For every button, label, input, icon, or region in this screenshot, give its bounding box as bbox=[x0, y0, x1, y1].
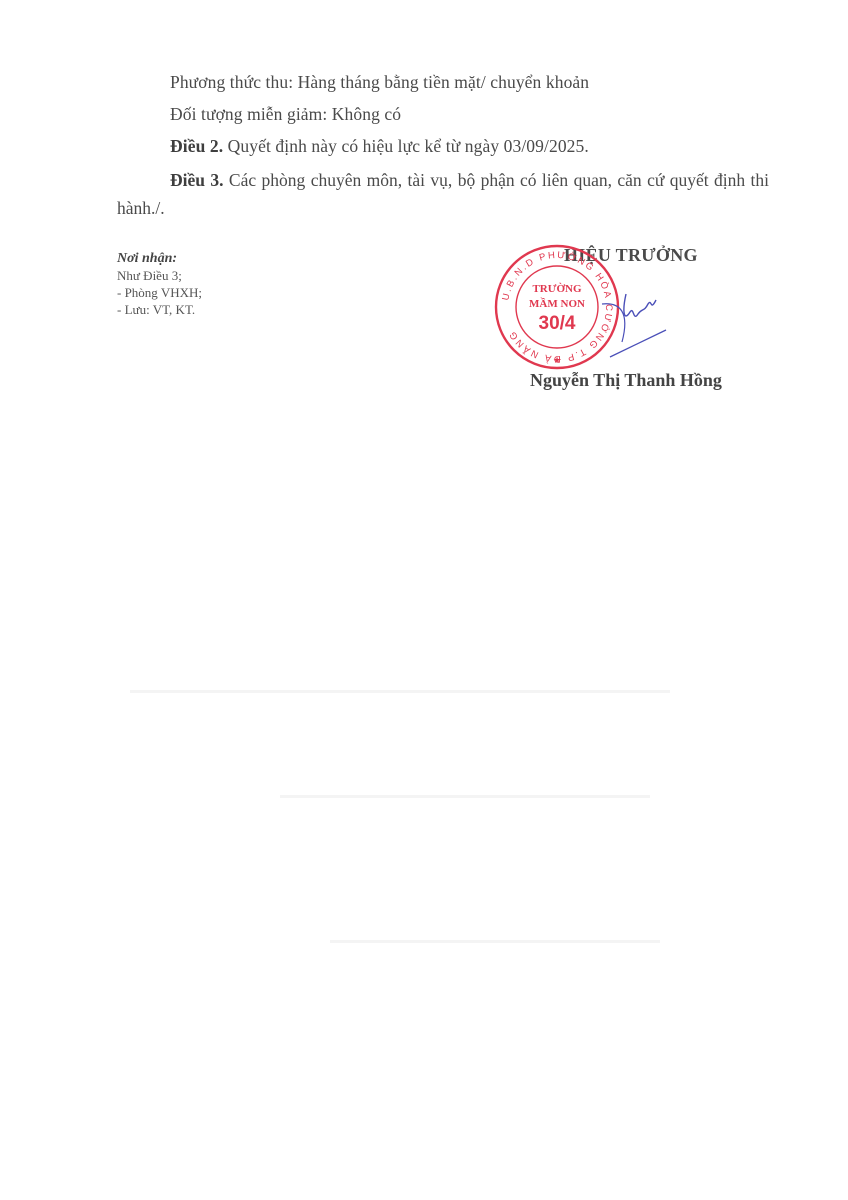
article-2-label: Điều 2. bbox=[170, 136, 223, 156]
recipients-block: Nơi nhận: Như Điều 3; - Phòng VHXH; - Lư… bbox=[117, 250, 202, 318]
scan-artifact bbox=[330, 940, 660, 943]
handwritten-signature-icon bbox=[600, 282, 680, 362]
recipients-heading: Nơi nhận: bbox=[117, 250, 202, 267]
scan-artifact bbox=[130, 690, 670, 693]
recipient-item: - Lưu: VT, KT. bbox=[117, 301, 202, 318]
recipient-item: - Phòng VHXH; bbox=[117, 284, 202, 301]
article-2-text: Quyết định này có hiệu lực kể từ ngày 03… bbox=[223, 136, 589, 156]
scan-artifact bbox=[280, 795, 650, 798]
exemption-line: Đối tượng miễn giảm: Không có bbox=[170, 104, 401, 125]
svg-text:MẦM NON: MẦM NON bbox=[529, 297, 585, 310]
svg-text:★: ★ bbox=[553, 355, 561, 365]
article-2: Điều 2. Quyết định này có hiệu lực kể từ… bbox=[170, 136, 589, 157]
svg-text:TRƯỜNG: TRƯỜNG bbox=[532, 283, 582, 295]
payment-method-line: Phương thức thu: Hàng tháng bằng tiền mặ… bbox=[170, 72, 589, 93]
svg-text:30/4: 30/4 bbox=[539, 313, 576, 334]
article-3-label: Điều 3. bbox=[170, 170, 224, 190]
signer-name: Nguyễn Thị Thanh Hồng bbox=[530, 370, 722, 391]
recipient-item: Như Điều 3; bbox=[117, 267, 202, 284]
article-3: Điều 3. Các phòng chuyên môn, tài vụ, bộ… bbox=[117, 166, 769, 222]
